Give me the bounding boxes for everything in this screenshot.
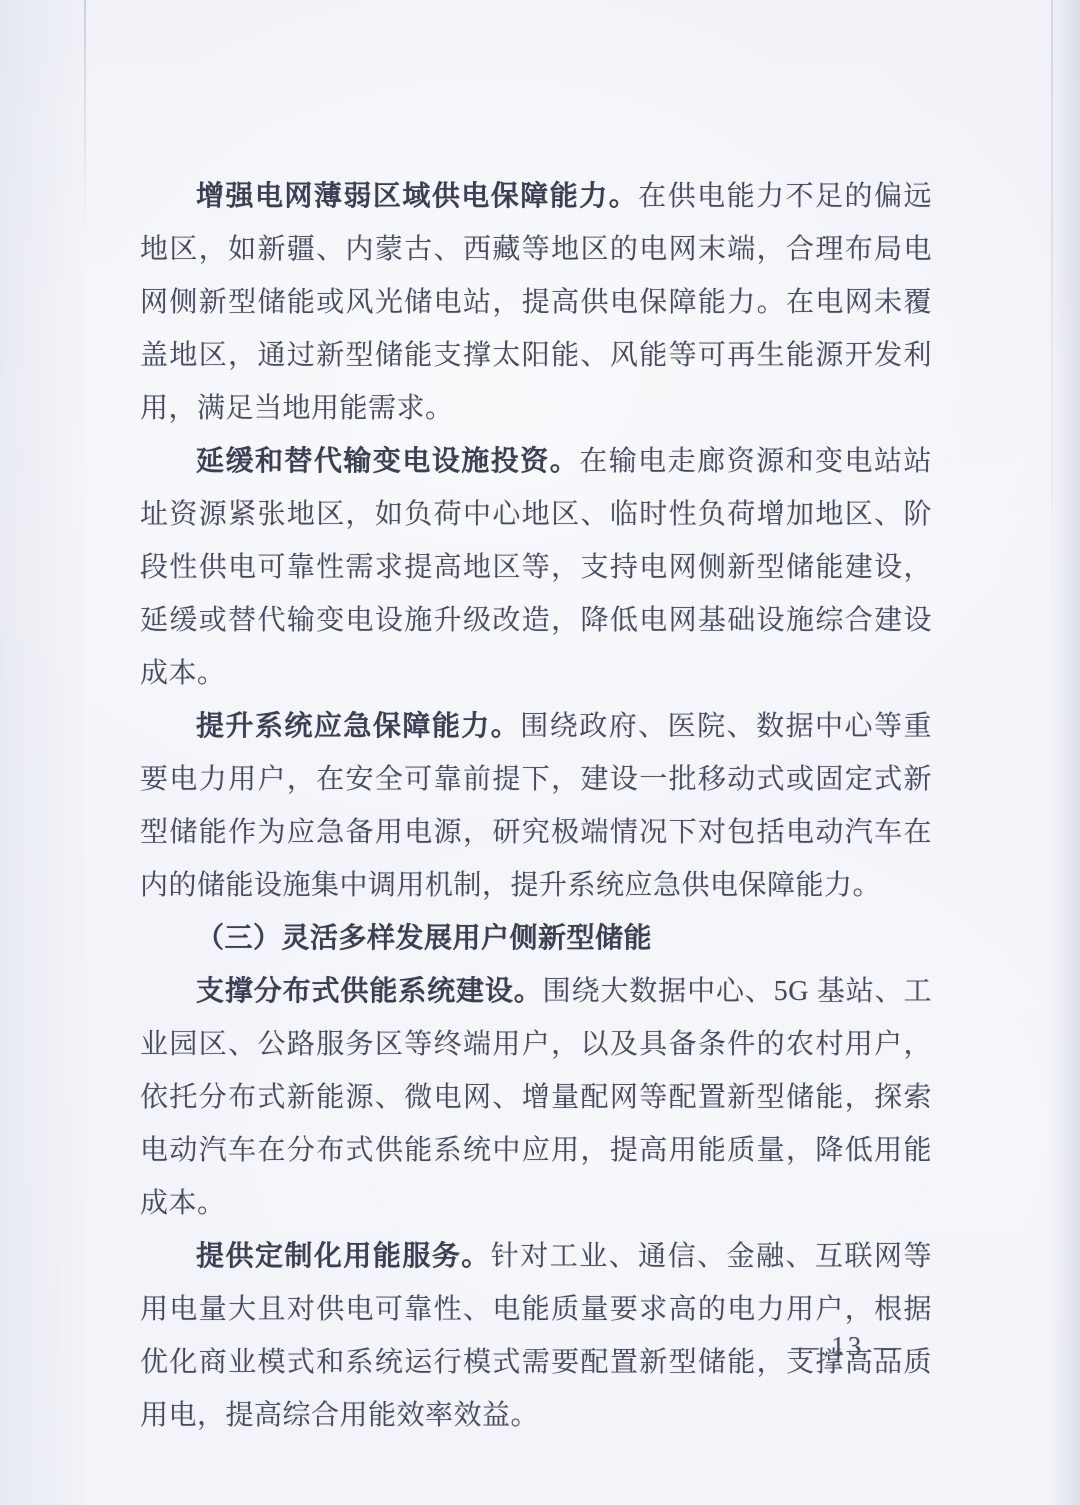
paper-edge-line-right [1051, 0, 1053, 640]
section-heading: （三）灵活多样发展用户侧新型储能 [140, 912, 932, 965]
scanned-document-page: 增强电网薄弱区域供电保障能力。在供电能力不足的偏远地区，如新疆、内蒙古、西藏等地… [0, 0, 1080, 1505]
paragraph-lead: 增强电网薄弱区域供电保障能力。 [196, 181, 638, 212]
paragraph-emergency-capability: 提升系统应急保障能力。围绕政府、医院、数据中心等重要电力用户，在安全可靠前提下，… [140, 700, 932, 912]
paper-edge-shade-right [1050, 0, 1080, 1505]
paragraph-lead: 支撑分布式供能系统建设。 [196, 976, 543, 1007]
paper-edge-shade-left [0, 0, 84, 1505]
paragraph-body: 围绕大数据中心、5G 基站、工业园区、公路服务区等终端用户，以及具备条件的农村用… [140, 976, 932, 1219]
paragraph-lead: 延缓和替代输变电设施投资。 [196, 446, 579, 477]
page-number: — 13 — [792, 1331, 905, 1362]
paragraph-body: 在供电能力不足的偏远地区，如新疆、内蒙古、西藏等地区的电网末端，合理布局电网侧新… [140, 181, 932, 424]
paragraph-distributed-energy: 支撑分布式供能系统建设。围绕大数据中心、5G 基站、工业园区、公路服务区等终端用… [140, 965, 932, 1230]
paper-edge-line-left [84, 0, 86, 240]
paragraph-grid-weak-areas: 增强电网薄弱区域供电保障能力。在供电能力不足的偏远地区，如新疆、内蒙古、西藏等地… [140, 170, 932, 435]
paragraph-body: 在输电走廊资源和变电站站址资源紧张地区，如负荷中心地区、临时性负荷增加地区、阶段… [140, 446, 932, 689]
paragraph-defer-investment: 延缓和替代输变电设施投资。在输电走廊资源和变电站站址资源紧张地区，如负荷中心地区… [140, 435, 932, 700]
document-body: 增强电网薄弱区域供电保障能力。在供电能力不足的偏远地区，如新疆、内蒙古、西藏等地… [140, 170, 932, 1442]
paragraph-lead: 提供定制化用能服务。 [196, 1241, 491, 1272]
paragraph-lead: 提升系统应急保障能力。 [196, 711, 520, 742]
